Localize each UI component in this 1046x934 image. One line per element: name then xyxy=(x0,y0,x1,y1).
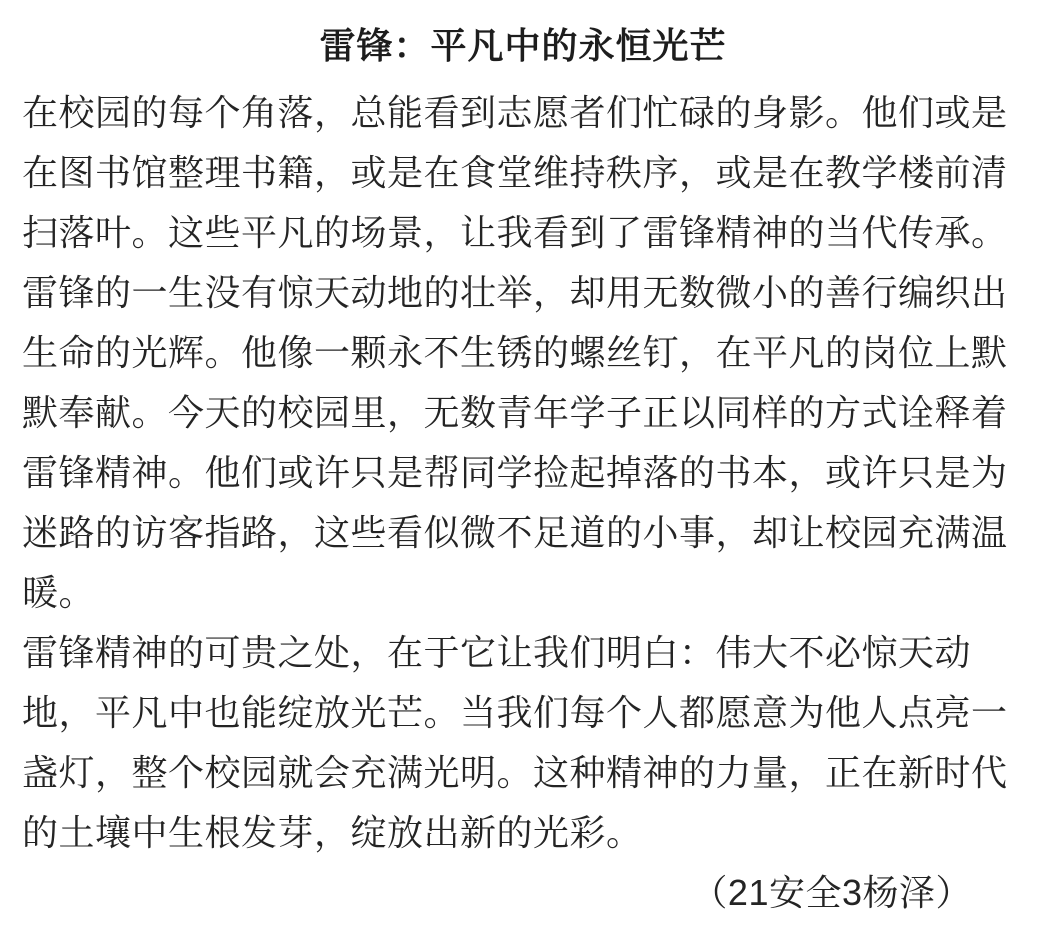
essay-title: 雷锋：平凡中的永恒光芒 xyxy=(0,20,1046,68)
text-line: 地，平凡中也能绽放光芒。当我们每个人都愿意为他人点亮一 xyxy=(22,683,1024,743)
text-line: 扫落叶。这些平凡的场景，让我看到了雷锋精神的当代传承。 xyxy=(22,203,1024,263)
text-line: 雷锋精神。他们或许只是帮同学捡起掉落的书本，或许只是为 xyxy=(22,443,1024,503)
text-line: 迷路的访客指路，这些看似微不足道的小事，却让校园充满温 xyxy=(22,503,1024,563)
text-line: 盏灯，整个校园就会充满光明。这种精神的力量，正在新时代 xyxy=(22,743,1024,803)
essay-page: 雷锋：平凡中的永恒光芒 在校园的每个角落，总能看到志愿者们忙碌的身影。他们或是在… xyxy=(0,0,1046,934)
paragraph-2: 雷锋精神的可贵之处，在于它让我们明白：伟大不必惊天动地，平凡中也能绽放光芒。当我… xyxy=(22,623,1024,863)
text-line: 在校园的每个角落，总能看到志愿者们忙碌的身影。他们或是 xyxy=(22,83,1024,143)
text-line: 默奉献。今天的校园里，无数青年学子正以同样的方式诠释着 xyxy=(22,383,1024,443)
text-line: 雷锋精神的可贵之处，在于它让我们明白：伟大不必惊天动 xyxy=(22,623,1024,683)
essay-signature: （21安全3杨泽） xyxy=(22,863,1024,923)
text-line: 在图书馆整理书籍，或是在食堂维持秩序，或是在教学楼前清 xyxy=(22,143,1024,203)
paragraph-1: 在校园的每个角落，总能看到志愿者们忙碌的身影。他们或是在图书馆整理书籍，或是在食… xyxy=(22,83,1024,623)
text-line: 的土壤中生根发芽，绽放出新的光彩。 xyxy=(22,803,1024,863)
text-line: 暖。 xyxy=(22,563,1024,623)
text-line: 雷锋的一生没有惊天动地的壮举，却用无数微小的善行编织出 xyxy=(22,263,1024,323)
essay-body: 在校园的每个角落，总能看到志愿者们忙碌的身影。他们或是在图书馆整理书籍，或是在食… xyxy=(0,83,1046,923)
text-line: 生命的光辉。他像一颗永不生锈的螺丝钉，在平凡的岗位上默 xyxy=(22,323,1024,383)
